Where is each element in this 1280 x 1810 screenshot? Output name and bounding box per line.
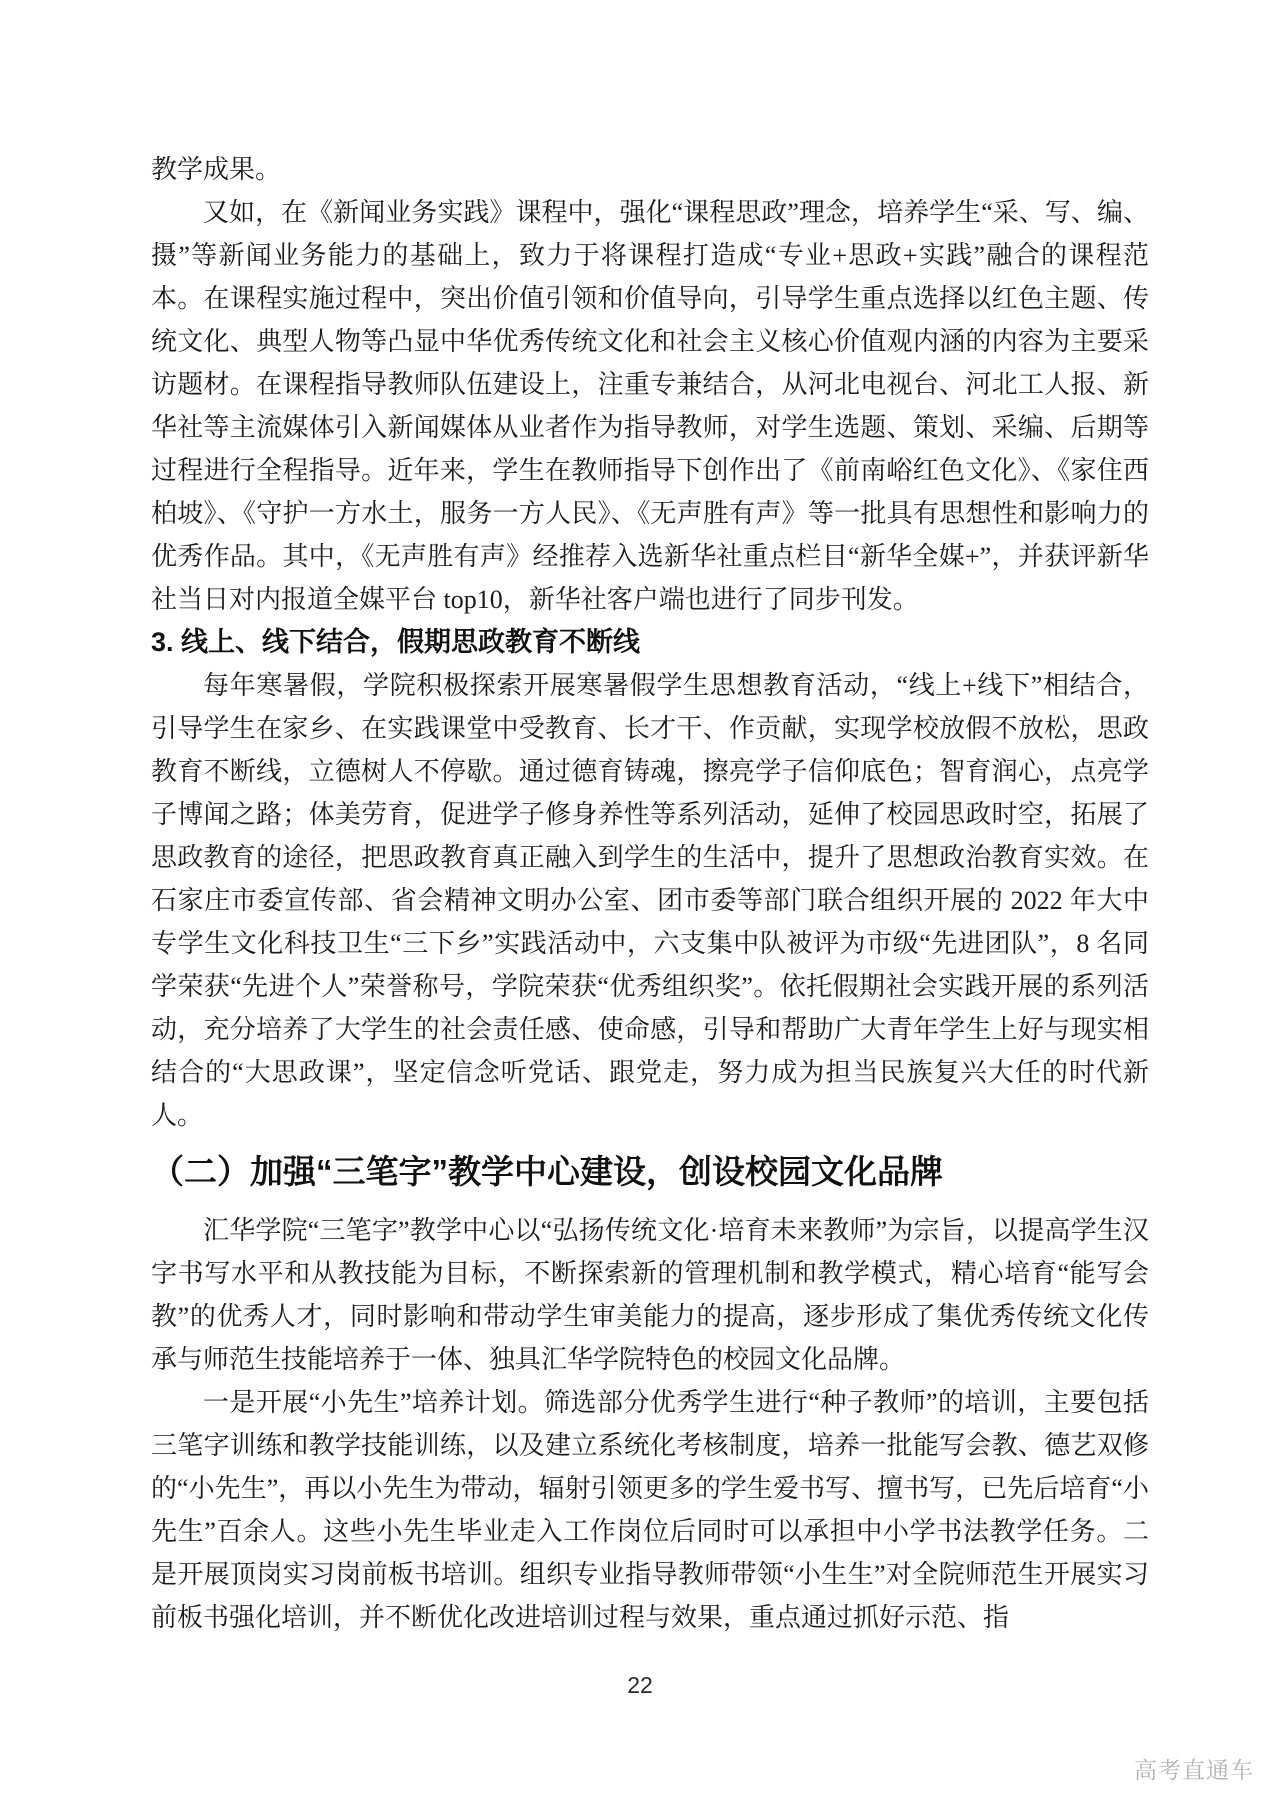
page-number: 22 xyxy=(0,1672,1280,1699)
watermark-text: 高考直通车 xyxy=(1134,1752,1254,1785)
subsection-heading-online-offline: 3. 线上、线下结合，假期思政教育不断线 xyxy=(151,621,1149,664)
paragraph-teaching-center-intro: 汇华学院“三笔字”教学中心以“弘扬传统文化·培育未来教师”为宗旨，以提高学生汉字… xyxy=(151,1209,1149,1381)
section-heading-three-penmanship-center: （二）加强“三笔字”教学中心建设，创设校园文化品牌 xyxy=(151,1149,1149,1195)
paragraph-little-teacher-program: 一是开展“小先生”培养计划。筛选部分优秀学生进行“种子教师”的培训，主要包括三笔… xyxy=(151,1381,1149,1639)
document-page: 教学成果。 又如，在《新闻业务实践》课程中，强化“课程思政”理念，培养学生“采、… xyxy=(0,0,1280,1810)
document-body: 教学成果。 又如，在《新闻业务实践》课程中，强化“课程思政”理念，培养学生“采、… xyxy=(151,148,1149,1639)
paragraph-news-practice-course: 又如，在《新闻业务实践》课程中，强化“课程思政”理念，培养学生“采、写、编、摄”… xyxy=(151,191,1149,621)
paragraph-continuation: 教学成果。 xyxy=(151,148,1149,191)
paragraph-vacation-education: 每年寒暑假，学院积极探索开展寒暑假学生思想教育活动，“线上+线下”相结合，引导学… xyxy=(151,664,1149,1137)
